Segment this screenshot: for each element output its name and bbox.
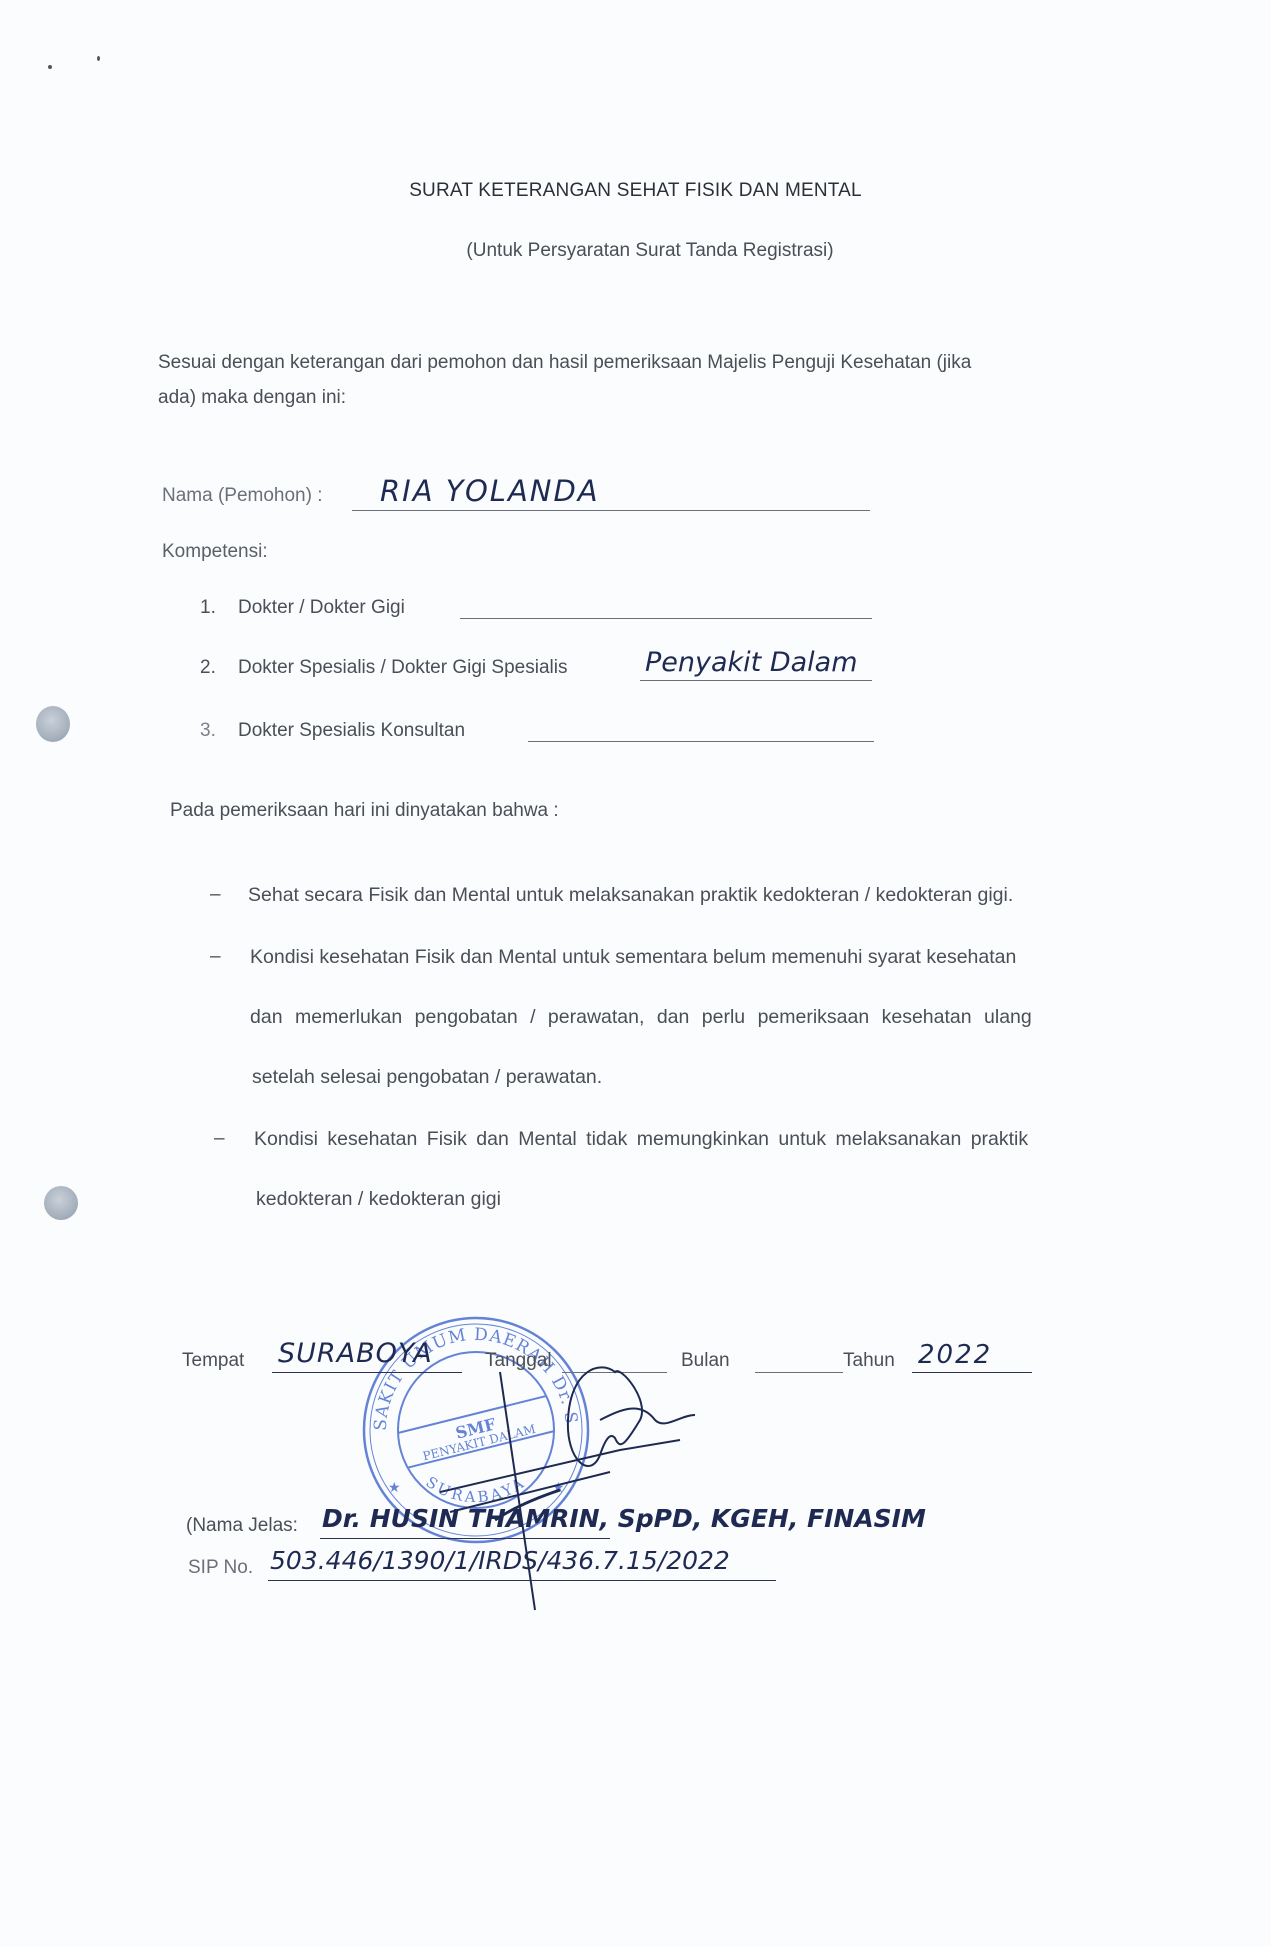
year-value: 2022	[918, 1340, 992, 1370]
competence-item-3-number: 3.	[200, 720, 216, 742]
competence-label: Kompetensi:	[162, 541, 268, 563]
statement-2-line-3: setelah selesai pengobatan / perawatan.	[252, 1066, 602, 1089]
competence-item-1-number: 1.	[200, 597, 216, 619]
applicant-name-line	[352, 510, 870, 511]
competence-item-1-label: Dokter / Dokter Gigi	[238, 597, 405, 619]
punch-hole-icon	[44, 1186, 78, 1220]
intro-line-1: Sesuai dengan keterangan dari pemohon da…	[158, 352, 971, 374]
competence-item-2-line	[640, 680, 872, 681]
statement-3-line-1: Kondisi kesehatan Fisik dan Mental tidak…	[254, 1128, 1028, 1151]
statement-intro: Pada pemeriksaan hari ini dinyatakan bah…	[170, 800, 559, 822]
document-title: SURAT KETERANGAN SEHAT FISIK DAN MENTAL	[0, 180, 1271, 202]
sip-value: 503.446/1390/1/IRDS/436.7.15/2022	[270, 1546, 730, 1575]
statement-2-bullet: –	[210, 946, 221, 968]
competence-item-3-label: Dokter Spesialis Konsultan	[238, 720, 465, 742]
competence-item-3-line	[528, 741, 874, 742]
applicant-name-value: RIA YOLANDA	[380, 474, 600, 508]
scan-speck	[48, 65, 52, 69]
competence-item-2-number: 2.	[200, 657, 216, 679]
sip-label: SIP No.	[188, 1557, 253, 1579]
year-line	[912, 1372, 1032, 1373]
intro-line-2: ada) maka dengan ini:	[158, 387, 346, 409]
year-label: Tahun	[843, 1350, 895, 1372]
place-line	[272, 1372, 462, 1373]
svg-text:★: ★	[388, 1479, 401, 1495]
statement-2-line-2: dan memerlukan pengobatan / perawatan, d…	[250, 1006, 1032, 1029]
statement-1-bullet: –	[210, 884, 221, 906]
statement-2-line-1: Kondisi kesehatan Fisik dan Mental untuk…	[250, 946, 1016, 969]
applicant-label: Nama (Pemohon) :	[162, 485, 323, 507]
name-label: (Nama Jelas:	[186, 1515, 298, 1537]
statement-1-line-1: Sehat secara Fisik dan Mental untuk mela…	[248, 884, 1013, 907]
competence-item-1-line	[460, 618, 872, 619]
document-subtitle: (Untuk Persyaratan Surat Tanda Registras…	[0, 240, 1271, 262]
statement-3-line-2: kedokteran / kedokteran gigi	[256, 1188, 501, 1211]
scan-speck	[97, 56, 100, 61]
doctor-name-line	[320, 1538, 610, 1539]
place-label: Tempat	[182, 1350, 244, 1372]
place-value: SURABOYA	[278, 1338, 433, 1369]
competence-item-2-value: Penyakit Dalam	[645, 647, 858, 678]
competence-item-2-label: Dokter Spesialis / Dokter Gigi Spesialis	[238, 657, 567, 679]
statement-3-bullet: –	[214, 1128, 225, 1150]
sip-line	[268, 1580, 776, 1581]
punch-hole-icon	[36, 706, 70, 742]
month-line	[755, 1372, 843, 1373]
scanned-document-page: SURAT KETERANGAN SEHAT FISIK DAN MENTAL …	[0, 0, 1271, 1946]
doctor-name-value: Dr. HUSIN THAMRIN, SpPD, KGEH, FINASIM	[322, 1504, 926, 1533]
